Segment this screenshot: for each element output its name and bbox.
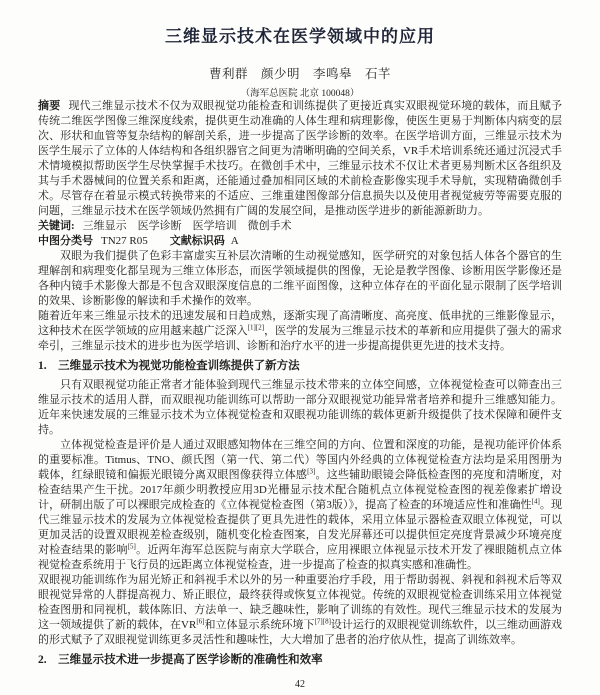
section1-paragraph-1: 只有双眼视觉功能正常者才能体验到现代三维显示技术带来的立体空间感，立体视觉检查可…: [38, 378, 562, 438]
clc-value: TN27 R05: [101, 235, 148, 247]
classification-line: 中图分类号TN27 R05文献标识码A: [38, 234, 562, 249]
section1-paragraph-2: 立体视觉检查是评价是人通过双眼感知物体在三维空间的方向、位置和深度的功能，是视功…: [38, 438, 562, 573]
page-title: 三维显示技术在医学领域中的应用: [38, 22, 562, 47]
doc-code-value: A: [231, 235, 239, 247]
page-number: 42: [0, 679, 600, 690]
section-1-heading: 1. 三维显示技术为视觉功能检查训练提供了新方法: [38, 359, 562, 374]
paper-page: 三维显示技术在医学领域中的应用 曹利群 颜少明 李鸣皋 石芊 （海军总医院 北京…: [0, 0, 600, 695]
section-2-heading: 2. 三维显示技术进一步提高了医学诊断的准确性和效率: [38, 653, 562, 668]
section1-paragraph-3: 双眼视功能训练作为屈光矫正和斜视手术以外的另一种重要治疗手段，用于帮助弱视、斜视…: [38, 573, 562, 648]
keywords-line: 关键词:三维显示 医学诊断 医学培训 微创手术: [38, 219, 562, 234]
doc-code-label: 文献标识码: [170, 235, 225, 247]
abstract-label: 摘要: [38, 100, 60, 112]
clc-label: 中图分类号: [38, 235, 93, 247]
abstract-text: 现代三维显示技术不仅为双眼视觉功能检查和训练提供了更接近真实双眼视觉环境的载体，…: [38, 100, 562, 217]
authors-line: 曹利群 颜少明 李鸣皋 石芊: [38, 64, 562, 82]
abstract-paragraph: 摘要现代三维显示技术不仅为双眼视觉功能检查和训练提供了更接近真实双眼视觉环境的载…: [38, 99, 562, 219]
intro-paragraph-2: 随着近年来三维显示技术的迅速发展和日趋成熟，逐渐实现了高清晰度、高亮度、低串扰的…: [38, 309, 562, 354]
keywords-label: 关键词:: [38, 220, 75, 232]
keywords-text: 三维显示 医学诊断 医学培训 微创手术: [83, 220, 292, 232]
affiliation-line: （海军总医院 北京 100048）: [38, 85, 562, 99]
intro-paragraph-1: 双眼为我们提供了色彩丰富虚实互补层次清晰的生动视觉感知，医学研究的对象包括人体各…: [38, 249, 562, 309]
